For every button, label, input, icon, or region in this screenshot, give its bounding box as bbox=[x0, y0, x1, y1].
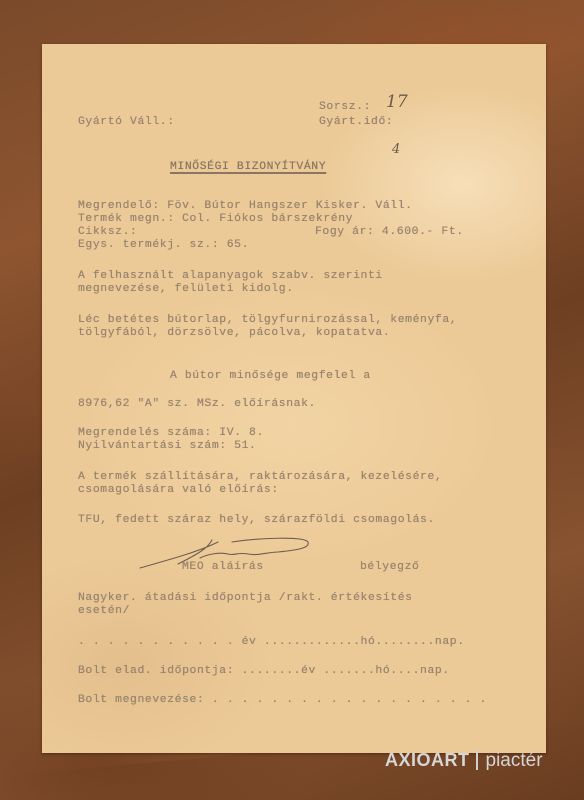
registry-number: Nyilvántartási szám: 51. bbox=[78, 440, 256, 453]
shipping-heading: A termék szállítására, raktározására, ke… bbox=[78, 471, 442, 484]
unit-product-number-line: Egys. termékj. sz.: 65. bbox=[78, 239, 249, 252]
watermark-sub: piactér bbox=[486, 750, 543, 771]
quality-standard: 8976,62 "A" sz. MSz. előírásnak. bbox=[78, 398, 316, 411]
order-line: Megrendelő: Föv. Bútor Hangszer Kisker. … bbox=[78, 200, 413, 213]
certificate-document: Gyártó Váll.: Sorsz.: 17 Gyárt.idő: 4 MI… bbox=[42, 44, 546, 753]
serial-label: Sorsz.: bbox=[319, 101, 371, 114]
shipping-text: TFU, fedett száraz hely, szárazföldi cso… bbox=[78, 514, 435, 527]
axioart-watermark: AXIOARTpiactér bbox=[385, 750, 543, 772]
wholesale-date-line: . . . . . . . . . . . év .............hó… bbox=[78, 636, 465, 649]
watermark-brand: AXIOART bbox=[385, 750, 470, 770]
shipping-heading: csomagolására való előírás: bbox=[78, 484, 279, 497]
wholesale-handover-label: Nagyker. átadási időpontja /rakt. értéke… bbox=[78, 592, 413, 605]
manufacturer-label: Gyártó Váll.: bbox=[78, 116, 175, 129]
product-name-line: Termék megn.: Col. Fiókos bárszekrény bbox=[78, 213, 353, 226]
shop-sale-date-line: Bolt elad. időpontja: ........év .......… bbox=[78, 665, 450, 678]
materials-heading: megnevezése, felületi kidolg. bbox=[78, 283, 294, 296]
qc-signature-label: MEO aláírás bbox=[182, 561, 264, 574]
price-line: Fogy ár: 4.600.- Ft. bbox=[315, 226, 464, 239]
quality-statement: A bútor minősége megfelel a bbox=[170, 370, 371, 383]
materials-text: Léc betétes bútorlap, tölgyfurnirozással… bbox=[78, 314, 457, 327]
stamp-label: bélyegző bbox=[360, 561, 419, 574]
serial-handwritten-value: 17 bbox=[386, 92, 408, 112]
materials-heading: A felhasznált alapanyagok szabv. szerint… bbox=[78, 270, 383, 283]
item-number-line: Cikksz.: bbox=[78, 226, 137, 239]
order-number: Megrendelés száma: IV. 8. bbox=[78, 427, 264, 440]
document-title: MINŐSÉGI BIZONYÍTVÁNY bbox=[170, 161, 326, 174]
wholesale-handover-label: esetén/ bbox=[78, 605, 130, 618]
watermark-divider bbox=[476, 750, 478, 770]
materials-text: tölgyfából, dörzsölve, pácolva, kopatatv… bbox=[78, 327, 390, 340]
production-time-label: Gyárt.idő: bbox=[319, 116, 393, 129]
production-time-mark: 4 bbox=[392, 142, 400, 157]
shop-name-line: Bolt megnevezése: . . . . . . . . . . . … bbox=[78, 694, 487, 707]
